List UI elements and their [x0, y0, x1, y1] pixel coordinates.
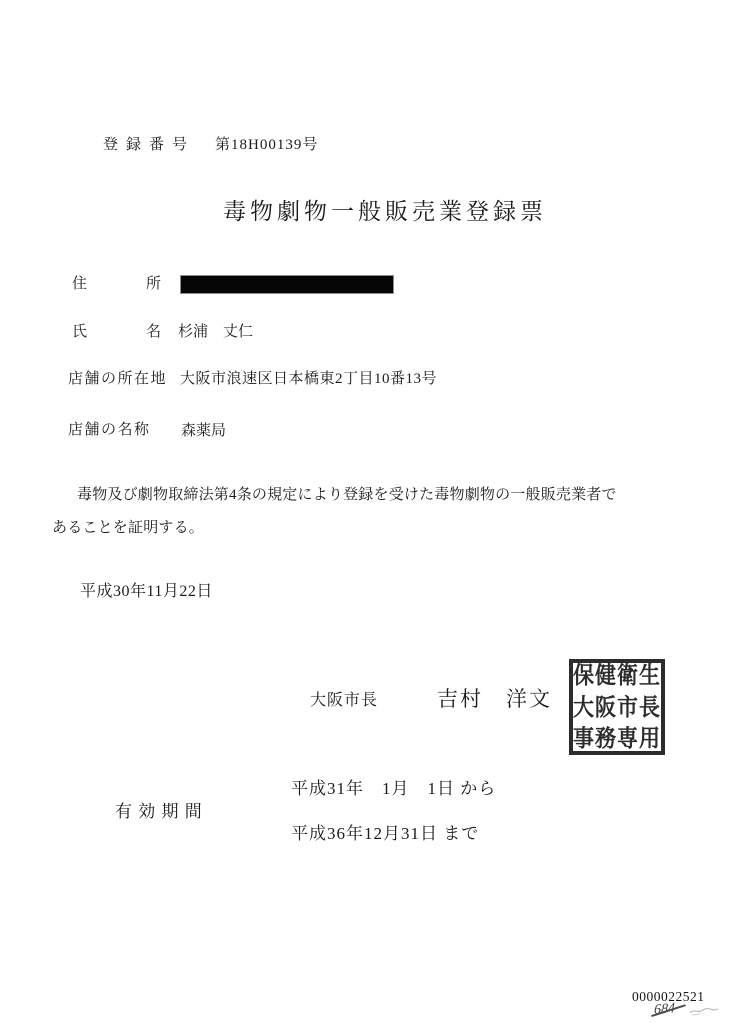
certificate-page: 登録番号 第18H00139号 毒物劇物一般販売業登録票 住 所 氏 名 杉浦 …	[0, 0, 731, 1023]
pencil-scribble	[688, 1004, 720, 1018]
registration-number-value: 第18H00139号	[215, 138, 318, 153]
registration-number-label: 登録番号	[103, 138, 195, 153]
certification-text-line2: あることを証明する。	[52, 521, 204, 536]
name-value: 杉浦 丈仁	[178, 325, 253, 340]
mayor-name: 吉村 洋文	[437, 689, 552, 710]
validity-from-date: 平成31年 1月 1日 から	[291, 780, 496, 797]
certification-text-line1: 毒物及び劇物取締法第4条の規定により登録を受けた毒物劇物の一般販売業者で	[77, 488, 617, 503]
validity-to-date: 平成36年12月31日 まで	[291, 825, 479, 842]
mayor-title: 大阪市長	[310, 693, 378, 709]
handwritten-mark: 684	[654, 1002, 675, 1018]
store-name-value: 森薬局	[181, 424, 226, 439]
page-title: 毒物劇物一般販売業登録票	[223, 200, 547, 223]
issue-date: 平成30年11月22日	[80, 584, 213, 600]
name-label-right: 名	[146, 325, 161, 340]
store-location-label: 店舗の所在地	[68, 372, 167, 387]
redaction-bar	[180, 275, 394, 294]
store-location-value: 大阪市浪速区日本橋東2丁目10番13号	[180, 372, 437, 387]
seal-text-row1: 保健衛生	[573, 664, 661, 688]
validity-period-label: 有 効 期 間	[115, 803, 203, 820]
seal-text-row3: 事務専用	[573, 727, 661, 751]
address-label-left: 住	[72, 277, 87, 292]
name-label-left: 氏	[72, 325, 87, 340]
address-label-right: 所	[146, 277, 161, 292]
seal-text-row2: 大阪市長	[573, 695, 661, 719]
official-seal-icon: 保健衛生 大阪市長 事務専用	[569, 659, 665, 755]
store-name-label: 店舗の名称	[68, 423, 151, 438]
